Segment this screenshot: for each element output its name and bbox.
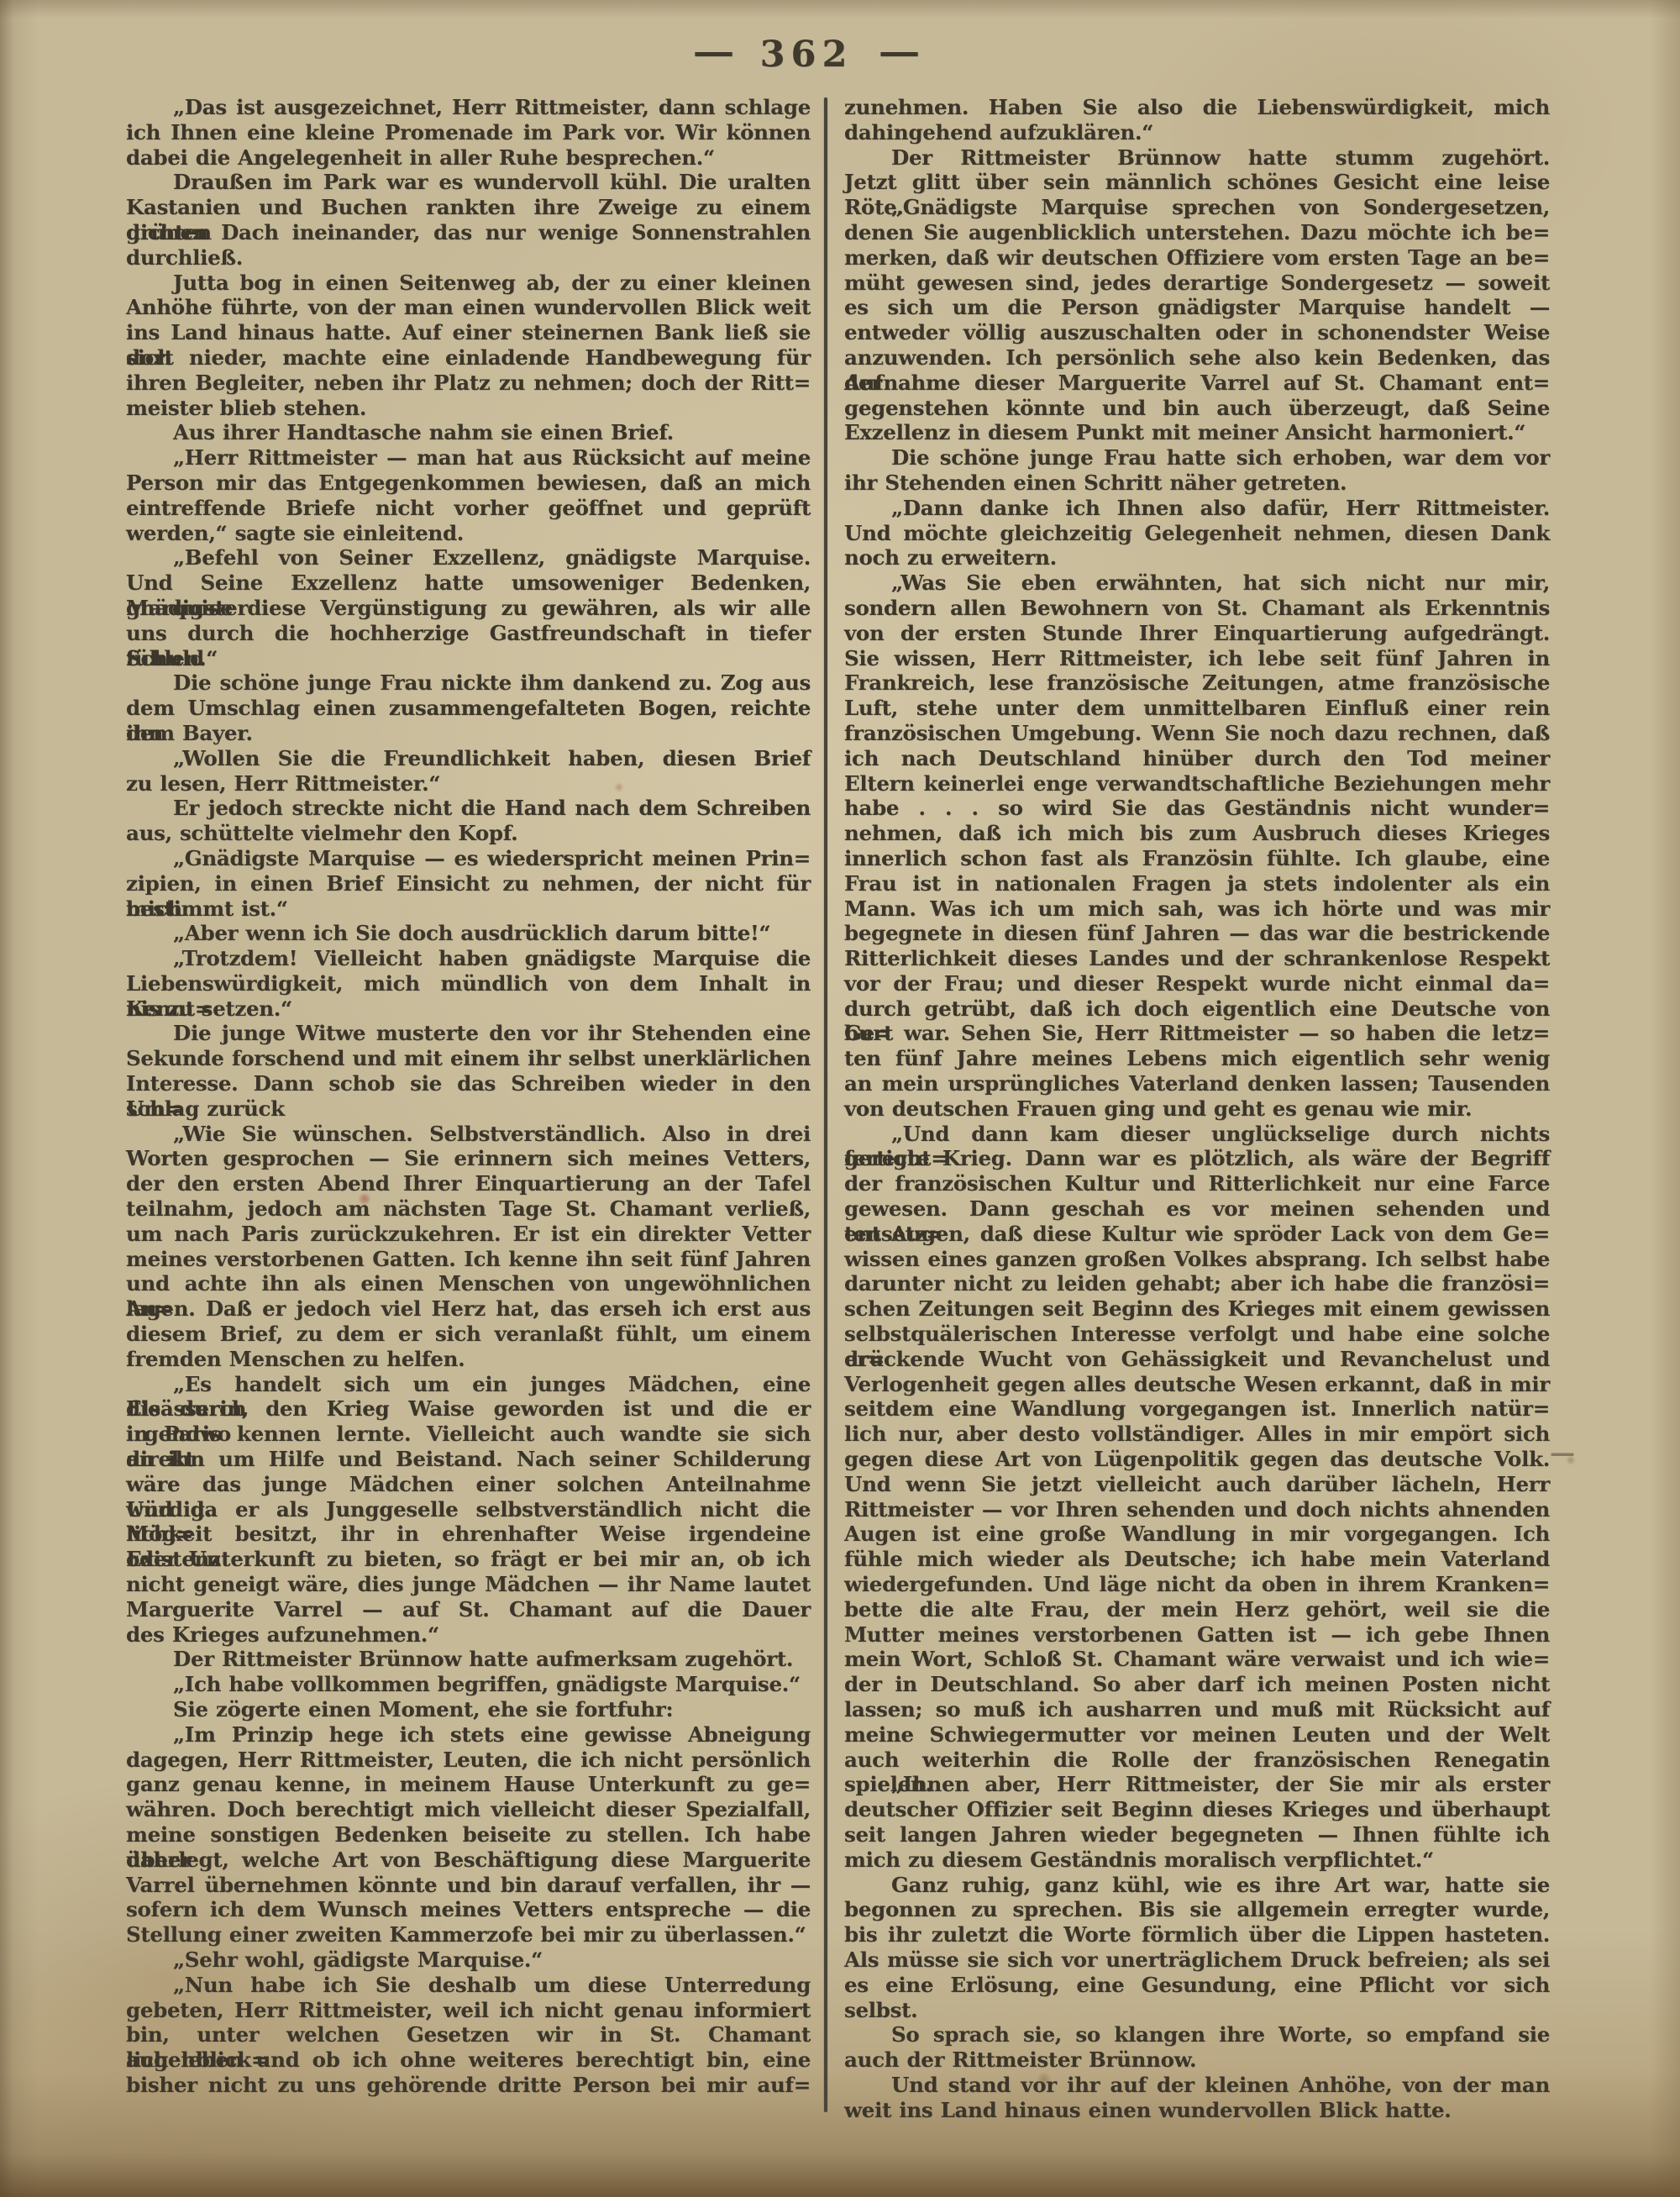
text-line: Und wenn Sie jetzt vielleicht auch darüb… — [844, 1472, 1550, 1497]
text-line: Ganz ruhig, ganz kühl, wie es ihre Art w… — [844, 1873, 1550, 1898]
text-line: lagen. Daß er jedoch viel Herz hat, das … — [126, 1296, 811, 1322]
text-line: Und möchte gleichzeitig Gelegenheit nehm… — [844, 521, 1550, 546]
text-line: Anhöhe führte, von der man einen wunderv… — [126, 295, 811, 320]
text-line: weit ins Land hinaus einen wundervollen … — [844, 2098, 1550, 2123]
text-line: aus, schüttelte vielmehr den Kopf. — [126, 821, 811, 846]
text-line: in Paris kennen lernte. Vielleicht auch … — [126, 1422, 811, 1447]
text-line: an ihn um Hilfe und Beistand. Nach seine… — [126, 1447, 811, 1472]
text-line: darunter nicht zu leiden gehabt; aber ic… — [844, 1271, 1550, 1296]
text-line: bestimmt ist.“ — [126, 896, 811, 922]
text-line: Exzellenz in diesem Punkt mit meiner Ans… — [844, 420, 1550, 445]
text-line: zipien, in einen Brief Einsicht zu nehme… — [126, 871, 811, 896]
text-line: sofern ich dem Wunsch meines Vetters ent… — [126, 1897, 811, 1922]
text-line: Kastanien und Buchen rankten ihre Zweige… — [126, 195, 811, 220]
text-line: „Es handelt sich um ein junges Mädchen, … — [126, 1372, 811, 1397]
text-line: „Trotzdem! Vielleicht haben gnädigste Ma… — [126, 946, 811, 971]
text-line: fertigte Krieg. Dann war es plötzlich, a… — [844, 1146, 1550, 1171]
text-line: „Sehr wohl, gädigste Marquise.“ — [126, 1947, 811, 1973]
text-line: vor der Frau; und dieser Respekt wurde n… — [844, 971, 1550, 996]
text-line: „Gnädigste Marquise sprechen von Sonderg… — [844, 195, 1550, 220]
text-line: gegen diese Art von Lügenpolitik gegen d… — [844, 1447, 1550, 1472]
text-line: „Gnädigste Marquise — es wiederspricht m… — [126, 846, 811, 871]
text-line: ich Ihnen eine kleine Promenade im Park … — [126, 120, 811, 145]
book-page: —362— „Das ist ausgezeichnet, Herr Rittm… — [0, 0, 1680, 2197]
text-line: begegnete in diesen fünf Jahren — das wa… — [844, 921, 1550, 946]
text-line: grünen Dach ineinander, das nur wenige S… — [126, 220, 811, 245]
text-line: Luft, stehe unter dem unmittelbaren Einf… — [844, 696, 1550, 721]
text-line: lich nur, aber desto vollständiger. Alle… — [844, 1422, 1550, 1447]
text-line: teilnahm, jedoch am nächsten Tage St. Ch… — [126, 1196, 811, 1222]
text-line: bisher nicht zu uns gehörende dritte Per… — [126, 2073, 811, 2098]
text-line: gegenstehen könnte und bin auch überzeug… — [844, 396, 1550, 421]
text-line: des Krieges aufzunehmen.“ — [126, 1622, 811, 1648]
text-line: oder Unterkunft zu bieten, so frägt er b… — [126, 1547, 811, 1572]
text-line: fühle mich wieder als Deutsche; ich habe… — [844, 1547, 1550, 1572]
text-line: meine sonstigen Bedenken beiseite zu ste… — [126, 1822, 811, 1847]
text-line: „Ihnen aber, Herr Rittmeister, der Sie m… — [844, 1772, 1550, 1797]
text-line: zunehmen. Haben Sie also die Liebenswürd… — [844, 95, 1550, 120]
text-line: „Befehl von Seiner Exzellenz, gnädigste … — [126, 545, 811, 570]
text-line: Als müsse sie sich vor unerträglichem Dr… — [844, 1947, 1550, 1973]
text-line: es sich um die Person gnädigster Marquis… — [844, 295, 1550, 320]
text-line: Mann. Was ich um mich sah, was ich hörte… — [844, 896, 1550, 922]
page-header: —362— — [0, 34, 1613, 76]
header-dash-right: — — [879, 31, 920, 73]
text-line: dort nieder, machte eine einladende Hand… — [126, 345, 811, 371]
text-line: ten fünf Jahre meines Lebens mich eigent… — [844, 1046, 1550, 1071]
text-line: drückende Wucht von Gehässigkeit und Rev… — [844, 1347, 1550, 1372]
column-divider-rule — [824, 97, 827, 2112]
text-line: diesem Brief, zu dem er sich veranlaßt f… — [126, 1322, 811, 1347]
text-line: Sie wissen, Herr Rittmeister, ich lebe s… — [844, 646, 1550, 671]
text-line: Aufnahme dieser Marguerite Varrel auf St… — [844, 371, 1550, 396]
text-line: auch der Rittmeister Brünnow. — [844, 2047, 1550, 2073]
text-line: denen Sie augenblicklich unterstehen. Da… — [844, 220, 1550, 245]
text-line: es eine Erlösung, eine Gesundung, eine P… — [844, 1973, 1550, 1998]
text-line: französischen Umgebung. Wenn Sie noch da… — [844, 721, 1550, 746]
text-line: Die junge Witwe musterte den vor ihr Ste… — [126, 1021, 811, 1046]
text-line: lich leben und ob ich ohne weiteres bere… — [126, 2047, 811, 2073]
text-line: „Was Sie eben erwähnten, hat sich nicht … — [844, 570, 1550, 596]
text-line: Worten gesprochen — Sie erinnern sich me… — [126, 1146, 811, 1171]
text-line: mein Wort, Schloß St. Chamant wäre verwa… — [844, 1647, 1550, 1672]
text-line: Marguerite Varrel — auf St. Chamant auf … — [126, 1597, 811, 1622]
text-line: nis zu setzen.“ — [126, 996, 811, 1022]
text-line: an mein ursprüngliches Vaterland denken … — [844, 1071, 1550, 1096]
text-line: von der ersten Stunde Ihrer Einquartieru… — [844, 621, 1550, 646]
text-line: Jetzt glitt über sein männlich schönes G… — [844, 170, 1550, 195]
text-line: Verlogenheit gegen alles deutsche Wesen … — [844, 1372, 1550, 1397]
text-line: innerlich schon fast als Französin fühlt… — [844, 846, 1550, 871]
text-line: der den ersten Abend Ihrer Einquartierun… — [126, 1171, 811, 1196]
text-line: dahingehend aufzuklären.“ — [844, 120, 1550, 145]
text-line: eintreffende Briefe nicht vorher geöffne… — [126, 496, 811, 521]
text-line: ganz genau kenne, in meinem Hause Unterk… — [126, 1772, 811, 1797]
text-line: ten Augen, daß diese Kultur wie spröder … — [844, 1222, 1550, 1247]
text-line: So sprach sie, so klangen ihre Worte, so… — [844, 2022, 1550, 2047]
text-line: „Nun habe ich Sie deshalb um diese Unter… — [126, 1973, 811, 1998]
left-column: „Das ist ausgezeichnet, Herr Rittmeister… — [126, 95, 811, 2098]
text-line: Aus ihrer Handtasche nahm sie einen Brie… — [126, 420, 811, 445]
text-line: der französischen Kultur und Ritterlichk… — [844, 1171, 1550, 1196]
text-line: und achte ihn als einen Menschen von ung… — [126, 1271, 811, 1296]
text-line: fremden Menschen zu helfen. — [126, 1347, 811, 1372]
text-line: „Im Prinzip hege ich stets eine gewisse … — [126, 1722, 811, 1748]
text-line: meister blieb stehen. — [126, 396, 811, 421]
text-line: ins Land hinaus hatte. Auf einer steiner… — [126, 320, 811, 345]
text-line: Und da er als Junggeselle selbstverständ… — [126, 1497, 811, 1522]
text-line: Die schöne junge Frau hatte sich erhoben… — [844, 445, 1550, 470]
text-line: Frankreich, lese französische Zeitungen,… — [844, 670, 1550, 696]
text-line: habe . . . so wird Sie das Geständnis ni… — [844, 796, 1550, 821]
text-line: bette die alte Frau, der mein Herz gehör… — [844, 1597, 1550, 1622]
text-line: Stellung einer zweiten Kammerzofe bei mi… — [126, 1922, 811, 1947]
text-line: selbst. — [844, 1998, 1550, 2023]
text-line: bin, unter welchen Gesetzen wir in St. C… — [126, 2022, 811, 2047]
text-line: Sekunde forschend und mit einem ihr selb… — [126, 1046, 811, 1071]
text-line: währen. Doch berechtigt mich vielleicht … — [126, 1797, 811, 1822]
text-line: Er jedoch streckte nicht die Hand nach d… — [126, 796, 811, 821]
text-line: überlegt, welche Art von Beschäftigung d… — [126, 1847, 811, 1873]
text-line: der in Deutschland. So aber darf ich mei… — [844, 1672, 1550, 1697]
right-column: zunehmen. Haben Sie also die Liebenswürd… — [844, 95, 1550, 2123]
text-line: müht gewesen sind, jedes derartige Sonde… — [844, 271, 1550, 296]
text-line: Und stand vor ihr auf der kleinen Anhöhe… — [844, 2073, 1550, 2098]
text-line: selbstquälerischen Interesse verfolgt un… — [844, 1322, 1550, 1347]
text-line: „Wie Sie wünschen. Selbstverständlich. A… — [126, 1122, 811, 1147]
text-line: noch zu erweitern. — [844, 545, 1550, 570]
text-line: Varrel übernehmen könnte und bin darauf … — [126, 1873, 811, 1898]
text-line: deutscher Offizier seit Beginn dieses Kr… — [844, 1797, 1550, 1822]
text-line: Eltern keinerlei enge verwandtschaftlich… — [844, 771, 1550, 796]
text-line: meines verstorbenen Gatten. Ich kenne ih… — [126, 1247, 811, 1272]
margin-stray-mark: — — [1550, 1438, 1575, 1468]
text-line: von deutschen Frauen ging und geht es ge… — [844, 1096, 1550, 1122]
text-line: werden,“ sagte sie einleitend. — [126, 521, 811, 546]
text-line: Liebenswürdigkeit, mich mündlich von dem… — [126, 971, 811, 996]
text-line: meine Schwiegermutter vor meinen Leuten … — [844, 1722, 1550, 1748]
text-line: ihren Begleiter, neben ihr Platz zu nehm… — [126, 371, 811, 396]
text-line: Interesse. Dann schob sie das Schreiben … — [126, 1071, 811, 1096]
text-line: zu lesen, Herr Rittmeister.“ — [126, 771, 811, 796]
text-line: Person mir das Entgegenkommen bewiesen, … — [126, 470, 811, 496]
text-line: durch getrübt, daß ich doch eigentlich e… — [844, 996, 1550, 1022]
text-line: mich zu diesem Geständnis moralisch verp… — [844, 1847, 1550, 1873]
text-line: dem Umschlag einen zusammengefalteten Bo… — [126, 696, 811, 721]
text-line: anzuwenden. Ich persönlich sehe also kei… — [844, 345, 1550, 371]
text-line: lichkeit besitzt, ihr in ehrenhafter Wei… — [126, 1522, 811, 1547]
text-line: wiedergefunden. Und läge nicht da oben i… — [844, 1572, 1550, 1597]
text-line: wissen eines ganzen großen Volkes abspra… — [844, 1247, 1550, 1272]
text-line: „Aber wenn ich Sie doch ausdrücklich dar… — [126, 921, 811, 946]
text-line: gewesen. Dann geschah es vor meinen sehe… — [844, 1196, 1550, 1222]
text-line: seit langen Jahren wieder begegneten — I… — [844, 1822, 1550, 1847]
text-line: Der Rittmeister Brünnow hatte aufmerksam… — [126, 1647, 811, 1672]
text-line: fühlen.“ — [126, 646, 811, 671]
text-line: Draußen im Park war es wundervoll kühl. … — [126, 170, 811, 195]
text-line: lassen; so muß ich ausharren und muß mit… — [844, 1697, 1550, 1722]
text-line: die durch den Krieg Waise geworden ist u… — [126, 1396, 811, 1422]
page-number: 362 — [760, 34, 853, 76]
text-line: Mutter meines verstorbenen Gatten ist — … — [844, 1622, 1550, 1648]
text-line: Ritterlichkeit dieses Landes und der sch… — [844, 946, 1550, 971]
text-line: Marquise diese Vergünstigung zu gewähren… — [126, 596, 811, 621]
text-line: nehmen, daß ich mich bis zum Ausbruch di… — [844, 821, 1550, 846]
text-line: „Und dann kam dieser unglückselige durch… — [844, 1122, 1550, 1147]
text-line: Sie zögerte einen Moment, ehe sie fortfu… — [126, 1697, 811, 1722]
text-line: merken, daß wir deutschen Offiziere vom … — [844, 245, 1550, 271]
text-line: Und Seine Exzellenz hatte umsoweniger Be… — [126, 570, 811, 596]
text-line: „Das ist ausgezeichnet, Herr Rittmeister… — [126, 95, 811, 120]
text-line: „Dann danke ich Ihnen also dafür, Herr R… — [844, 496, 1550, 521]
text-line: begonnen zu sprechen. Bis sie allgemein … — [844, 1897, 1550, 1922]
text-line: ihr Stehenden einen Schritt näher getret… — [844, 470, 1550, 496]
text-line: „Ich habe vollkommen begriffen, gnädigst… — [126, 1672, 811, 1697]
text-line: Rittmeister — vor Ihren sehenden und doc… — [844, 1497, 1550, 1522]
text-line: dabei die Angelegenheit in aller Ruhe be… — [126, 145, 811, 171]
text-line: Der Rittmeister Brünnow hatte stumm zuge… — [844, 145, 1550, 171]
text-line: Augen ist eine große Wandlung in mir vor… — [844, 1522, 1550, 1547]
text-line: durchließ. — [126, 245, 811, 271]
text-line: seitdem eine Wandlung vorgegangen ist. I… — [844, 1396, 1550, 1422]
text-line: sondern allen Bewohnern von St. Chamant … — [844, 596, 1550, 621]
header-dash-left: — — [692, 31, 733, 73]
text-line: auch weiterhin die Rolle der französisch… — [844, 1748, 1550, 1773]
text-line: dem Bayer. — [126, 721, 811, 746]
text-line: Jutta bog in einen Seitenweg ab, der zu … — [126, 271, 811, 296]
text-line: „Wollen Sie die Freundlichkeit haben, di… — [126, 746, 811, 771]
text-line: schlag zurück — [126, 1096, 811, 1122]
text-line: gebeten, Herr Rittmeister, weil ich nich… — [126, 1998, 811, 2023]
text-line: um nach Paris zurückzukehren. Er ist ein… — [126, 1222, 811, 1247]
text-line: Frau ist in nationalen Fragen ja stets i… — [844, 871, 1550, 896]
text-line: „Herr Rittmeister — man hat aus Rücksich… — [126, 445, 811, 470]
text-line: ich nach Deutschland hinüber durch den T… — [844, 746, 1550, 771]
text-line: dagegen, Herr Rittmeister, Leuten, die i… — [126, 1748, 811, 1773]
text-line: Die schöne junge Frau nickte ihm dankend… — [126, 670, 811, 696]
text-line: wäre das junge Mädchen einer solchen Ant… — [126, 1472, 811, 1497]
text-line: entweder völlig auszuschalten oder in sc… — [844, 320, 1550, 345]
text-line: schen Zeitungen seit Beginn des Krieges … — [844, 1296, 1550, 1322]
text-line: bis ihr zuletzt die Worte förmlich über … — [844, 1922, 1550, 1947]
text-line: nicht geneigt wäre, dies junge Mädchen —… — [126, 1572, 811, 1597]
text-line: burt war. Sehen Sie, Herr Rittmeister — … — [844, 1021, 1550, 1046]
text-line: uns durch die hochherzige Gastfreundscha… — [126, 621, 811, 646]
